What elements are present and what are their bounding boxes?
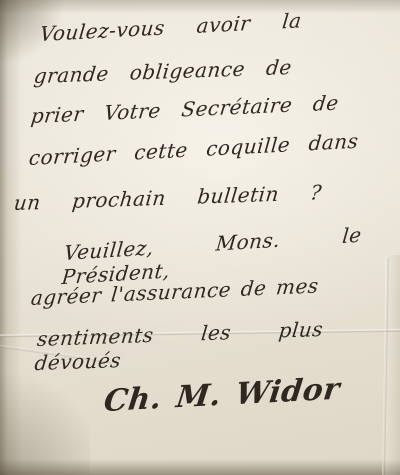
- letter-line: corriger cette coquille dans: [28, 129, 360, 170]
- letter-line: Voulez-vous avoir la: [39, 8, 303, 46]
- letter-line: un prochain bulletin ?: [13, 180, 323, 215]
- signature: Ch. M. Widor: [102, 372, 342, 420]
- paper-edge-shadow-left: [0, 0, 22, 475]
- letter-photo: Voulez-vous avoir la grande obligeance d…: [0, 0, 400, 475]
- letter-closing-line: sentiments les plus dévoués: [33, 317, 324, 375]
- letter-paper: Voulez-vous avoir la grande obligeance d…: [0, 0, 400, 475]
- letter-line: prier Votre Secrétaire de: [30, 90, 340, 128]
- paper-edge-shadow-top: [0, 0, 400, 14]
- letter-line: grande obligeance de: [33, 55, 293, 88]
- paper-right-fold-panel: [385, 255, 400, 475]
- paper-edge-shadow-bottom: [0, 459, 400, 475]
- fold-crease-vertical: [382, 258, 389, 475]
